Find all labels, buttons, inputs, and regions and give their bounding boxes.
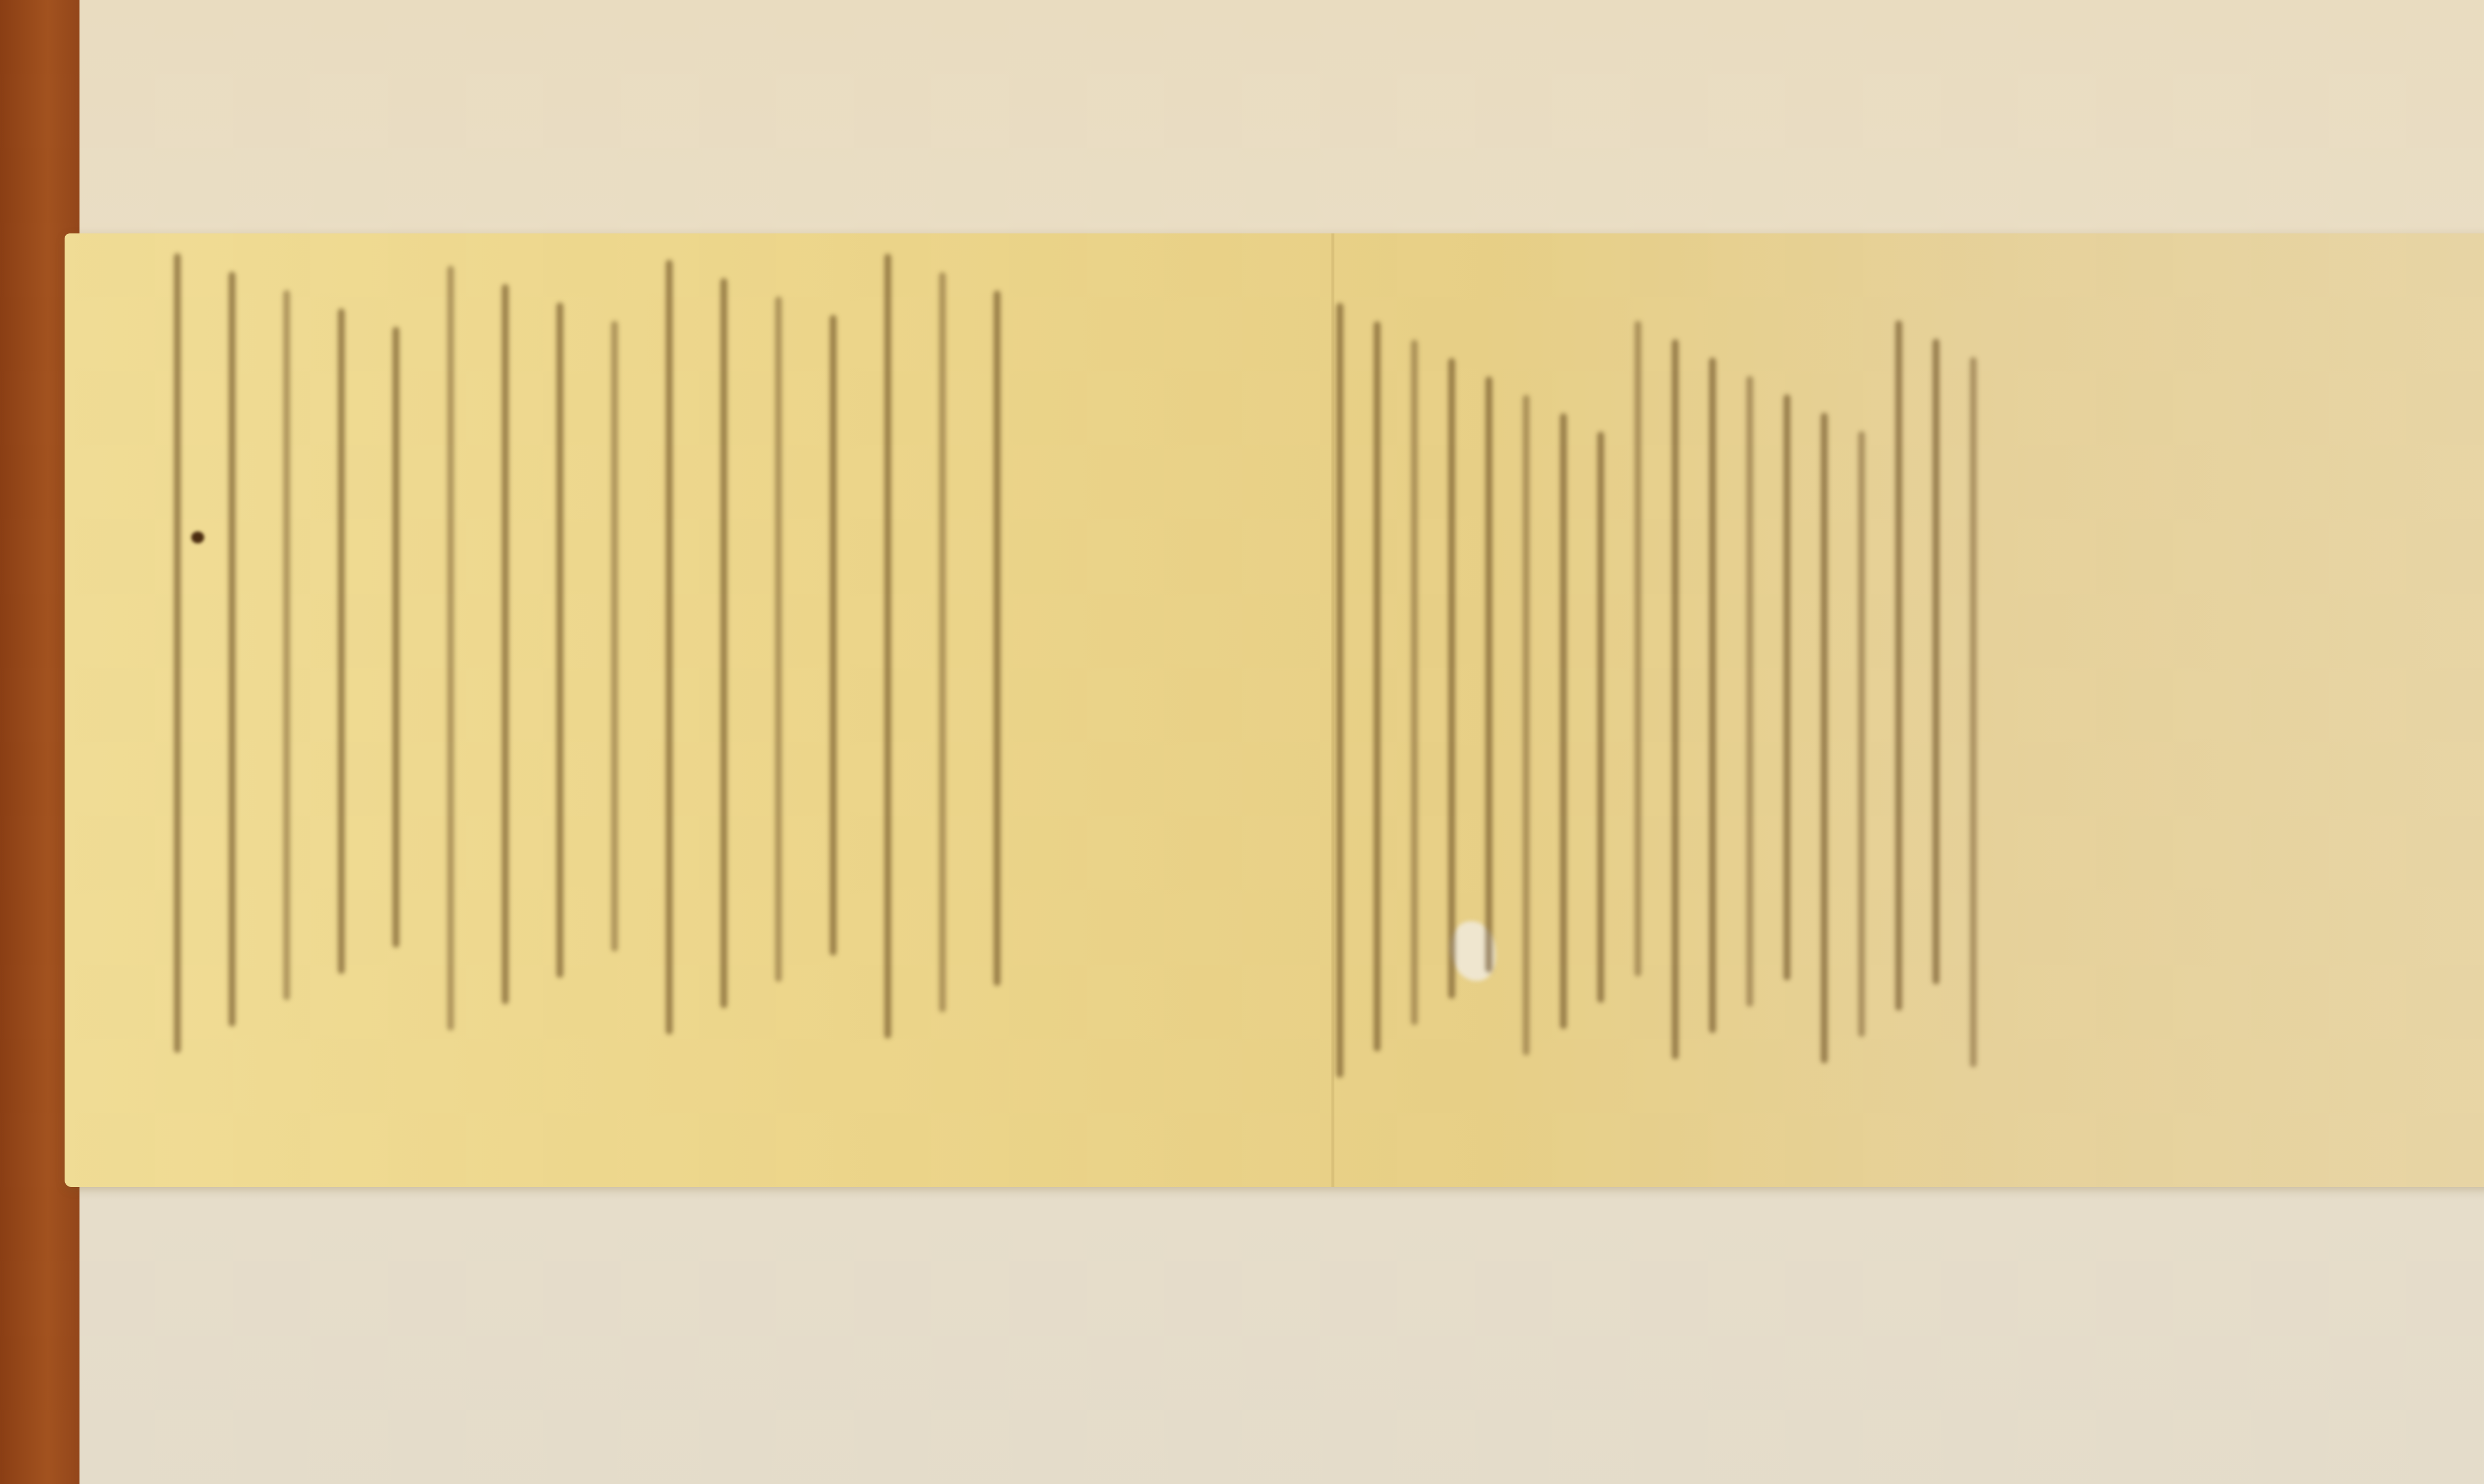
script-line bbox=[1821, 413, 1828, 1063]
script-line bbox=[1560, 413, 1567, 1029]
script-line bbox=[1933, 339, 1940, 984]
script-line bbox=[338, 308, 345, 974]
script-line bbox=[392, 327, 399, 948]
script-line bbox=[1523, 395, 1530, 1055]
script-line bbox=[994, 291, 1001, 986]
manuscript-photo: Handwritten cursive text — illegible at … bbox=[0, 0, 2484, 1484]
script-line bbox=[830, 315, 837, 956]
script-line bbox=[720, 278, 727, 1008]
script-line bbox=[502, 284, 509, 1004]
script-line bbox=[1634, 321, 1641, 976]
script-line bbox=[1858, 431, 1865, 1037]
ink-blot bbox=[191, 531, 204, 543]
script-line bbox=[1970, 357, 1977, 1067]
script-line bbox=[1448, 358, 1455, 999]
script-line bbox=[229, 272, 235, 1027]
fold-crease bbox=[1331, 233, 1334, 1187]
script-line bbox=[1597, 432, 1604, 1003]
script-line bbox=[447, 266, 454, 1031]
script-line bbox=[611, 321, 618, 952]
manuscript-page bbox=[65, 233, 2484, 1187]
script-line bbox=[1411, 340, 1418, 1025]
script-line bbox=[1672, 339, 1679, 1059]
script-line bbox=[1336, 303, 1343, 1078]
script-line bbox=[666, 260, 673, 1035]
script-line bbox=[1746, 376, 1753, 1007]
script-line bbox=[884, 254, 891, 1039]
script-line bbox=[174, 253, 181, 1053]
script-line bbox=[283, 290, 290, 1000]
script-line bbox=[1709, 358, 1716, 1033]
script-line bbox=[1485, 376, 1492, 972]
script-line bbox=[1895, 320, 1902, 1011]
script-line bbox=[775, 297, 782, 982]
script-line bbox=[939, 272, 946, 1012]
script-line bbox=[1784, 394, 1790, 980]
script-line bbox=[556, 302, 563, 978]
script-line bbox=[1374, 321, 1381, 1051]
